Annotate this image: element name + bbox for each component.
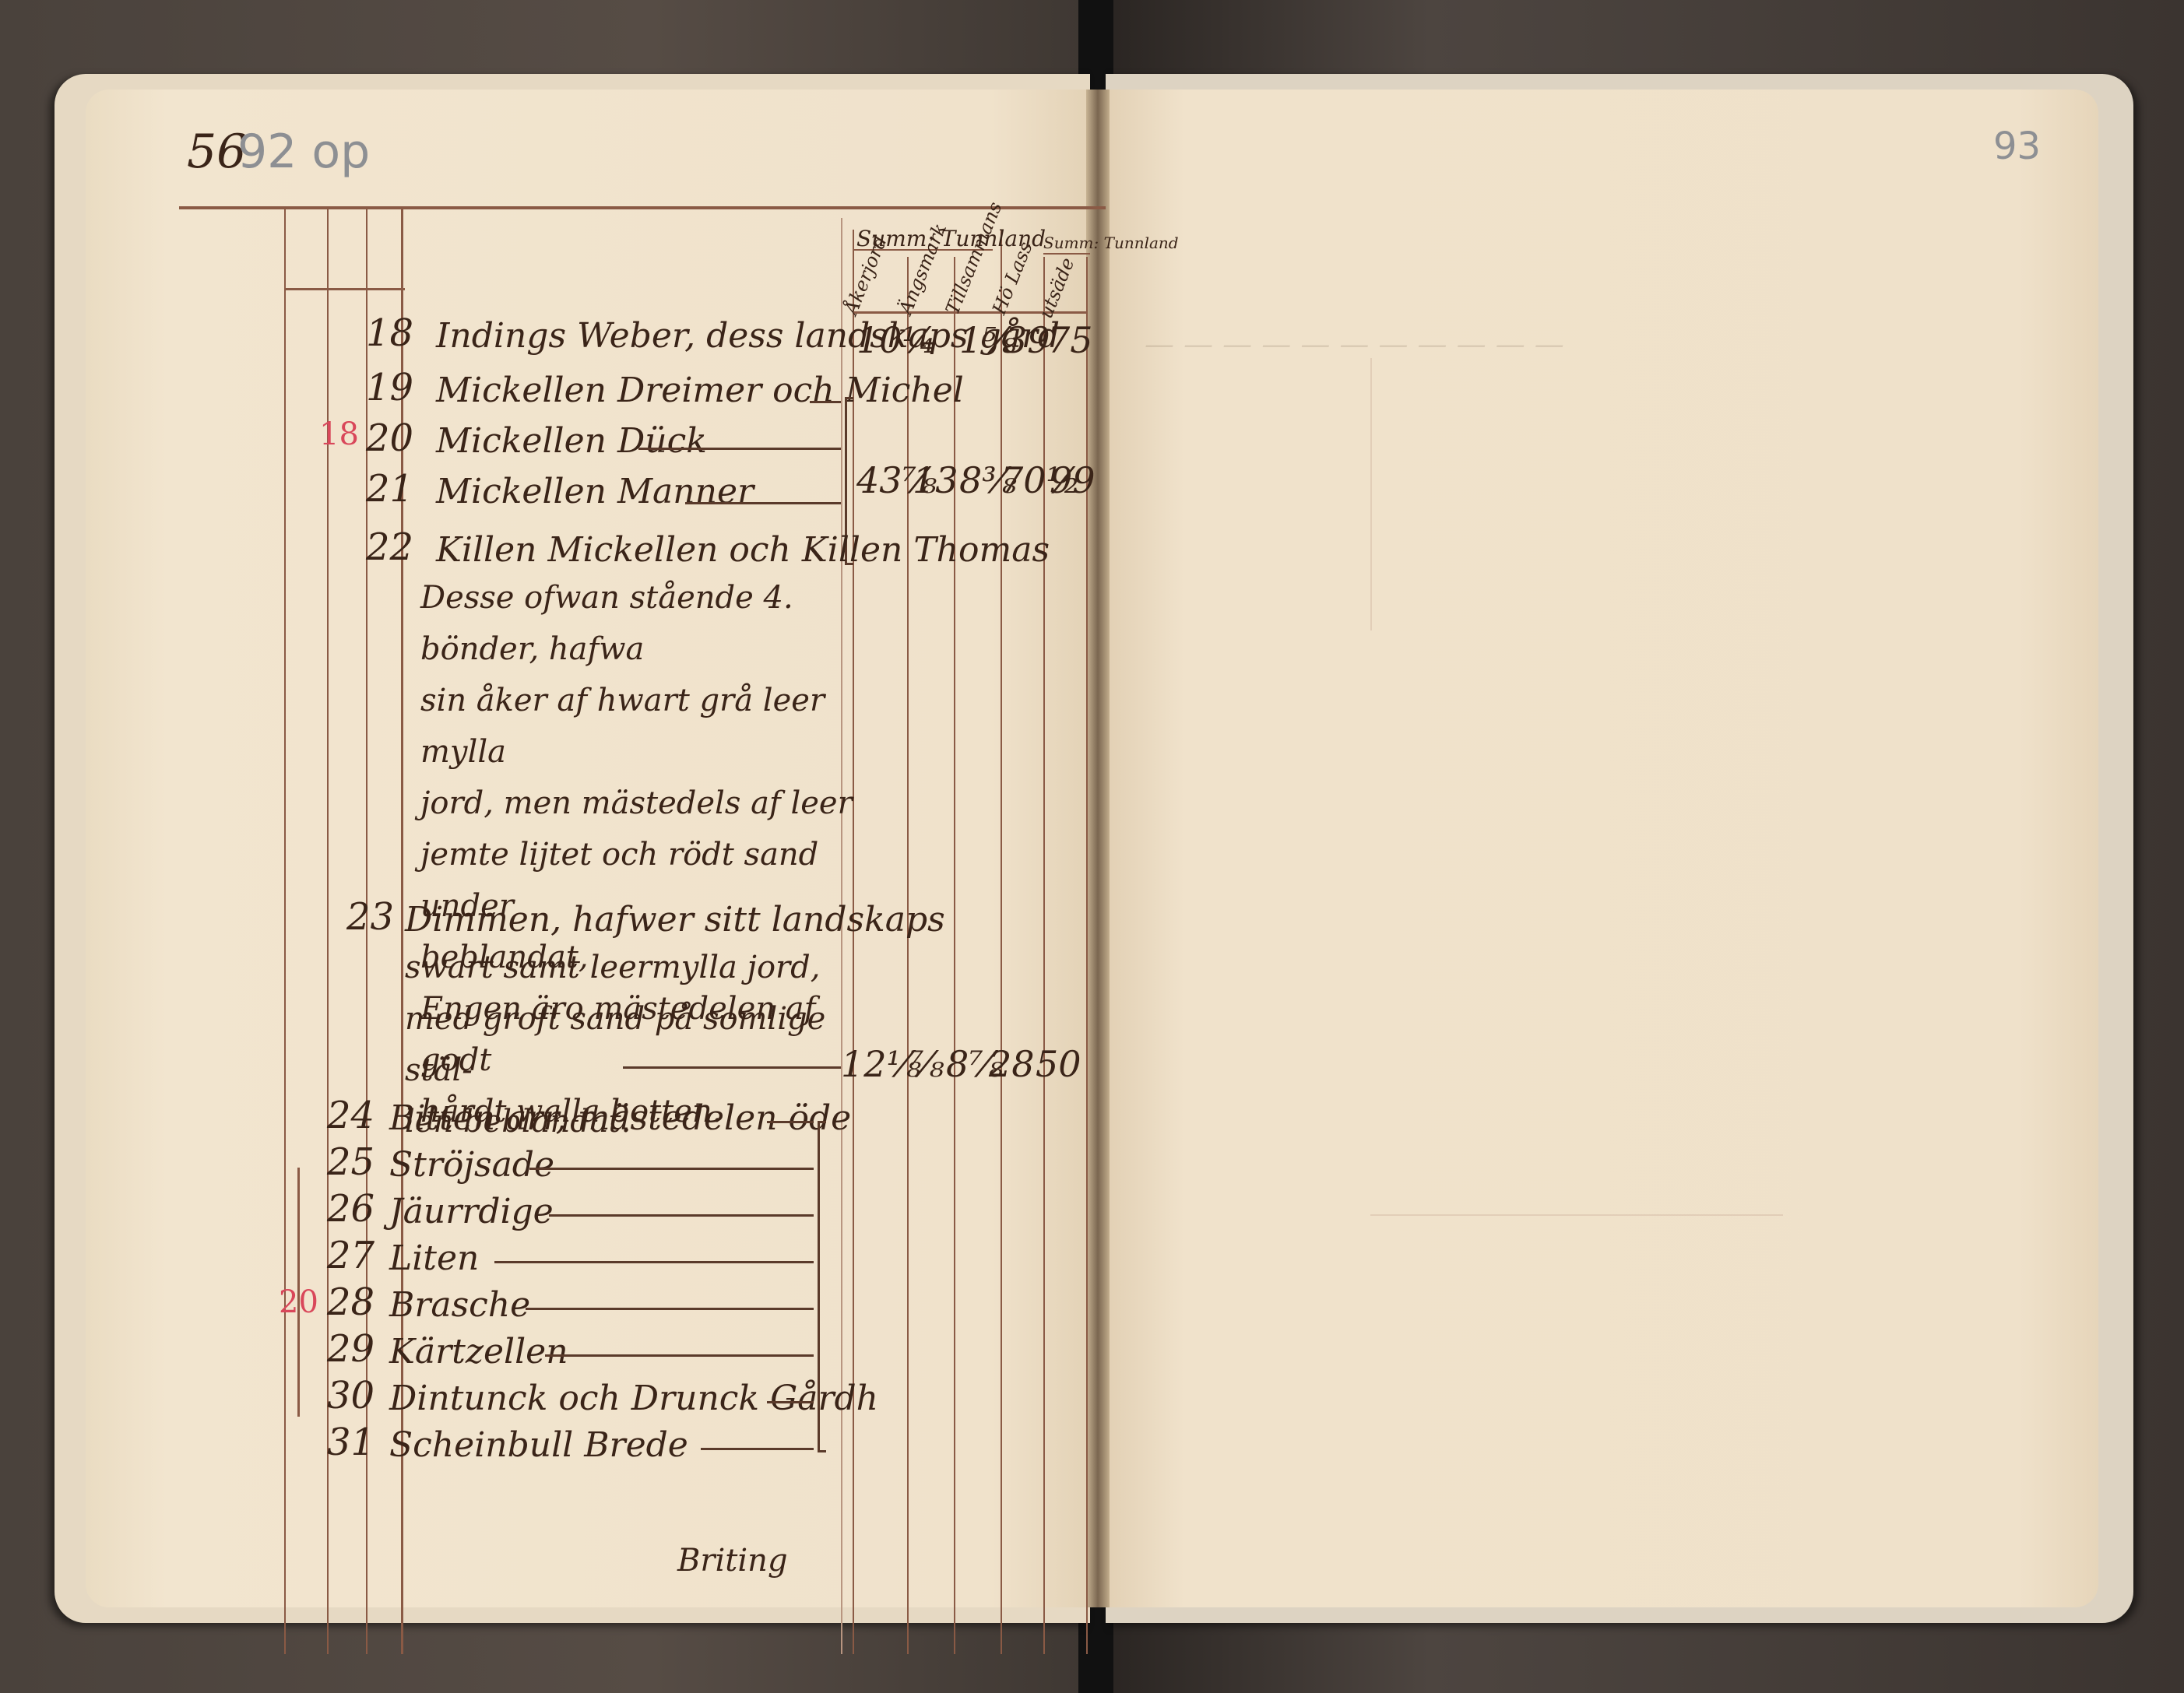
rule-short-horizontal [284,288,405,290]
entry-value-4: 39 [1004,319,1050,361]
entry-number: 20 [366,416,413,460]
group-value-5: 99 [1050,459,1096,501]
entry-number: 28 [327,1280,375,1324]
entry-value-4: 28 [989,1043,1035,1085]
left-page-number-pencil: 92 op [237,125,370,179]
entry-name: Jäurrdige [389,1195,554,1229]
entry-number: 21 [366,467,413,511]
leader-line [494,1261,814,1263]
bleed-through-rule [1370,358,1372,630]
entry-number: 30 [327,1374,375,1417]
entry-name: Scheinbull Brede [389,1428,688,1463]
leader-line [685,502,841,504]
signature: Briting [677,1545,788,1576]
entry-number: 27 [327,1234,375,1277]
entry-name: Mickellen Dück [436,424,707,458]
right-page [1106,90,2098,1607]
leader-line [529,1168,814,1170]
margin-bracket [297,1168,300,1417]
group-value-2: 13 [913,459,958,501]
entry-number: 26 [327,1187,375,1231]
bleed-through-line: — — — — — — — — — — — [1145,327,1564,361]
margin-note-red: 18 [319,416,359,452]
entry-number: 24 [327,1094,375,1137]
entry-number: 22 [366,525,413,569]
right-page-number-pencil: 93 [1993,125,2041,168]
entry-value-2: – [919,319,937,361]
leader-line [767,1401,814,1403]
leader-line [545,1354,814,1357]
entry-number: 29 [327,1327,375,1371]
top-rule [179,206,1106,209]
page-gutter [1086,90,1110,1607]
entry-name: Ströjsade [389,1148,554,1182]
entry-name: Bitten arr, mästedelen öde [389,1101,851,1136]
leader-line [638,448,841,450]
entry-name: Dimmen, hafwer sitt landskaps [405,903,945,937]
rule-header-2 [1043,253,1090,255]
entry-name: Mickellen Dreimer och Michel [436,374,964,408]
entry-number: 31 [327,1421,375,1464]
entry-name: Brasche [389,1288,530,1322]
rule-col-1 [284,206,286,1654]
entry-name: Dintunck och Drunck Gårdh [389,1382,878,1416]
entry-name: Liten [389,1242,479,1276]
leader-line [767,1121,814,1123]
entry-number: 23 [346,895,394,939]
entry-value-5: 75 [1047,319,1093,361]
entry-name: Kärtzellen [389,1335,568,1369]
rule-val-4 [1001,230,1002,1654]
leader-line [549,1214,814,1217]
entry-number: 19 [366,366,413,409]
leader-line [623,1066,841,1069]
entry-number: 18 [366,311,413,355]
leader-line [701,1448,814,1450]
leader-line [810,401,841,403]
entry-number: 25 [327,1140,375,1184]
entry-value-2: ⅞ [909,1043,944,1085]
group-brace [818,1121,826,1452]
header-summ-tunnland-2: Summ: Tunnland [1043,234,1179,252]
leader-line [526,1308,814,1310]
entry-value-5: 50 [1036,1043,1081,1085]
bleed-through-rule [1370,1214,1783,1216]
entry-name: Killen Mickellen och Killen Thomas [436,533,1050,567]
